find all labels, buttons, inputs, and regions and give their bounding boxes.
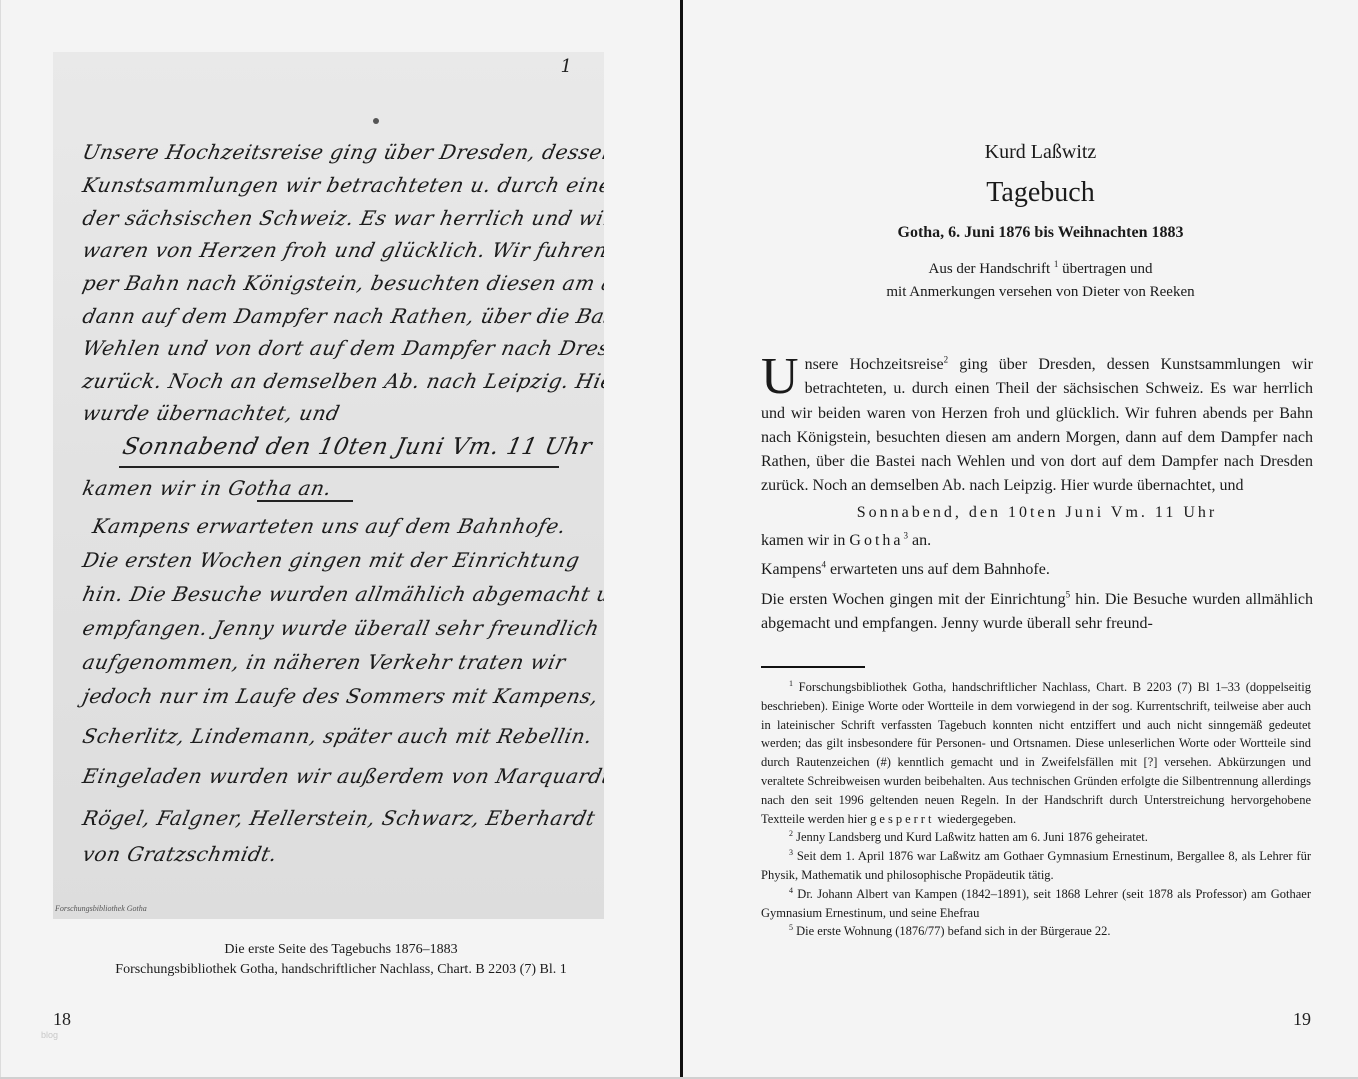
manuscript-line: Kampens erwarteten uns auf dem Bahnhofe. xyxy=(90,514,568,538)
spaced-text: gesperrt xyxy=(870,812,934,826)
author-name: Kurd Laßwitz xyxy=(683,141,1358,164)
manuscript-line: der sächsischen Schweiz. Es war herrlich… xyxy=(80,206,604,230)
manuscript-line: zurück. Noch an demselben Ab. nach Leipz… xyxy=(80,369,604,393)
manuscript-line: waren von Herzen froh und glücklich. Wir… xyxy=(80,238,604,262)
manuscript-line: aufgenommen, in näheren Verkehr traten w… xyxy=(80,650,567,674)
date-heading: Sonnabend, den 10ten Juni Vm. 11 Uhr xyxy=(761,499,1313,529)
footnote-3: 3 Seit dem 1. April 1876 war Laßwitz am … xyxy=(761,847,1311,885)
paragraph: Kampens4 erwarteten uns auf dem Bahnhofe… xyxy=(761,558,1313,582)
manuscript-line: per Bahn nach Königstein, besuchten dies… xyxy=(80,271,604,295)
provenance-text: übertragen und xyxy=(1058,261,1152,277)
provenance-text: Aus der Handschrift xyxy=(928,261,1050,277)
manuscript-line: Wehlen und von dort auf dem Dampfer nach… xyxy=(80,336,604,360)
figure-caption-line2: Forschungsbibliothek Gotha, handschriftl… xyxy=(41,960,641,979)
manuscript-line: kamen wir in Gotha an. xyxy=(80,476,334,500)
subtitle: Gotha, 6. Juni 1876 bis Weihnachten 1883 xyxy=(683,224,1358,242)
footnotes: 1 Forschungsbibliothek Gotha, handschrif… xyxy=(761,678,1311,941)
paragraph: Die ersten Wochen gingen mit der Einrich… xyxy=(761,588,1313,637)
paragraph: kamen wir in Gotha3 an. xyxy=(761,529,1313,553)
footnote-text: Dr. Johann Albert van Kampen (1842–1891)… xyxy=(761,887,1311,920)
body-text: erwarteten uns auf dem Bahnhofe. xyxy=(826,561,1050,578)
manuscript-underline xyxy=(119,466,559,468)
manuscript-line: Rögel, Falgner, Hellerstein, Schwarz, Eb… xyxy=(80,806,597,830)
manuscript-line: wurde übernachtet, und xyxy=(80,401,342,425)
footnote-separator xyxy=(761,666,865,668)
provenance-note: Aus der Handschrift 1 übertragen und mit… xyxy=(683,258,1358,304)
diary-body-text: U nsere Hochzeitsreise2 ging über Dresde… xyxy=(761,353,1313,636)
footnote-1: 1 Forschungsbibliothek Gotha, handschrif… xyxy=(761,678,1311,828)
body-text: Die ersten Wochen gingen mit der Einrich… xyxy=(761,591,1066,608)
manuscript-line: Die ersten Wochen gingen mit der Einrich… xyxy=(80,548,582,572)
manuscript-line: hin. Die Besuche wurden allmählich abgem… xyxy=(80,582,604,606)
ink-blot xyxy=(373,118,379,124)
body-text: kamen wir in xyxy=(761,532,849,549)
manuscript-line: Kunstsammlungen wir betrachteten u. durc… xyxy=(80,173,604,197)
body-text: nsere Hochzeitsreise xyxy=(805,356,944,373)
manuscript-line: jedoch nur im Laufe des Sommers mit Kamp… xyxy=(80,684,600,708)
left-page: 1 Unsere Hochzeitsreise ging über Dresde… xyxy=(0,0,680,1079)
library-stamp: Forschungsbibliothek Gotha xyxy=(55,904,147,913)
body-text: Kampens xyxy=(761,561,821,578)
manuscript-line: von Gratzschmidt. xyxy=(80,842,279,866)
spaced-text: Gotha xyxy=(849,532,903,549)
footnote-text: wiedergegeben. xyxy=(934,812,1016,826)
footnote-4: 4 Dr. Johann Albert van Kampen (1842–189… xyxy=(761,885,1311,923)
manuscript-line: dann auf dem Dampfer nach Rathen, über d… xyxy=(80,304,604,328)
footnote-text: Jenny Landsberg und Kurd Laßwitz hatten … xyxy=(793,830,1148,844)
right-page: Kurd Laßwitz Tagebuch Gotha, 6. Juni 187… xyxy=(683,0,1358,1079)
body-text: an. xyxy=(908,532,931,549)
footnote-5: 5 Die erste Wohnung (1876/77) befand sic… xyxy=(761,922,1311,941)
manuscript-line: Eingeladen wurden wir außerdem von Marqu… xyxy=(80,764,604,788)
manuscript-underline xyxy=(257,500,353,502)
manuscript-date-line: Sonnabend den 10ten Juni Vm. 11 Uhr xyxy=(120,434,594,460)
drop-cap: U xyxy=(761,355,799,399)
footnote-text: Die erste Wohnung (1876/77) befand sich … xyxy=(793,924,1111,938)
footnote-text: Forschungsbibliothek Gotha, handschriftl… xyxy=(761,680,1311,826)
watermark: blog xyxy=(41,1030,58,1040)
body-text: ging über Dresden, dessen Kunstsammlunge… xyxy=(761,356,1313,494)
footnote-2: 2 Jenny Landsberg und Kurd Laßwitz hatte… xyxy=(761,828,1311,847)
page-title: Tagebuch xyxy=(683,177,1358,209)
page-number-right: 19 xyxy=(1293,1009,1311,1030)
manuscript-facsimile-image: 1 Unsere Hochzeitsreise ging über Dresde… xyxy=(53,52,604,919)
page-number-left: 18 xyxy=(53,1009,71,1030)
manuscript-line: Unsere Hochzeitsreise ging über Dresden,… xyxy=(80,140,604,164)
manuscript-line: Scherlitz, Lindemann, später auch mit Re… xyxy=(80,724,594,748)
footnote-text: Seit dem 1. April 1876 war Laßwitz am Go… xyxy=(761,849,1311,882)
manuscript-page-number: 1 xyxy=(561,56,572,77)
provenance-text: mit Anmerkungen versehen von Dieter von … xyxy=(886,284,1194,300)
figure-caption-line1: Die erste Seite des Tagebuchs 1876–1883 xyxy=(41,940,641,959)
manuscript-line: empfangen. Jenny wurde überall sehr freu… xyxy=(80,616,601,640)
